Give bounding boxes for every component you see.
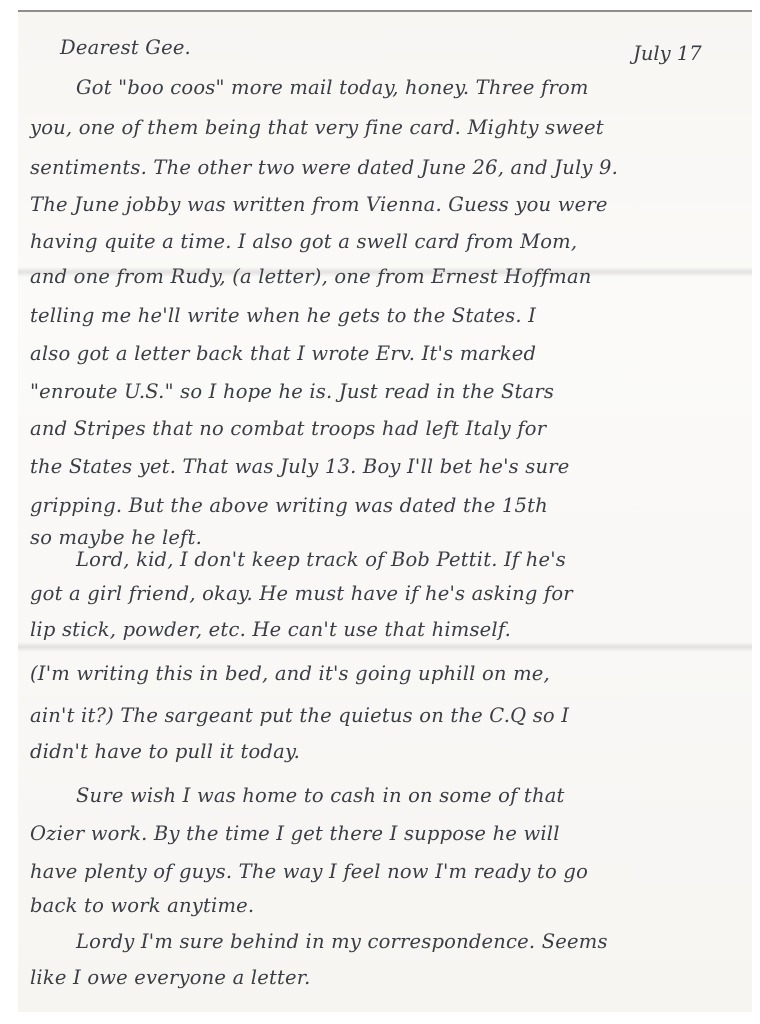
letter-line: and Stripes that no combat troops had le…: [30, 417, 546, 440]
letter-line: sentiments. The other two were dated Jun…: [30, 156, 618, 179]
letter-line: back to work anytime.: [30, 894, 254, 917]
letter-line: like I owe everyone a letter.: [30, 966, 311, 989]
letter-line: The June jobby was written from Vienna. …: [30, 193, 608, 216]
letter-line: didn't have to pull it today.: [30, 740, 300, 763]
letter-greeting: Dearest Gee.: [60, 36, 191, 59]
letter-line: got a girl friend, okay. He must have if…: [30, 582, 573, 605]
letter-line: Ozier work. By the time I get there I su…: [30, 822, 560, 845]
fold-crease: [18, 642, 752, 652]
letter-line: "enroute U.S." so I hope he is. Just rea…: [30, 380, 554, 403]
letter-line: gripping. But the above writing was date…: [30, 494, 548, 517]
letter-line: so maybe he left.: [30, 526, 202, 549]
letter-line: Got "boo coos" more mail today, honey. T…: [76, 76, 589, 99]
letter-line: also got a letter back that I wrote Erv.…: [30, 342, 536, 365]
letter-line: and one from Rudy, (a letter), one from …: [30, 265, 592, 288]
letter-line: have plenty of guys. The way I feel now …: [30, 860, 588, 883]
letter-date: July 17: [633, 42, 702, 65]
letter-line: ain't it?) The sargeant put the quietus …: [30, 704, 569, 727]
letter-line: the States yet. That was July 13. Boy I'…: [30, 455, 569, 478]
letter-line: lip stick, powder, etc. He can't use tha…: [30, 618, 511, 641]
letter-line: Lord, kid, I don't keep track of Bob Pet…: [76, 548, 566, 571]
letter-line: (I'm writing this in bed, and it's going…: [30, 662, 550, 685]
letter-line: telling me he'll write when he gets to t…: [30, 304, 536, 327]
letter-line: having quite a time. I also got a swell …: [30, 230, 577, 253]
letter-line: Sure wish I was home to cash in on some …: [76, 784, 565, 807]
letter-line: you, one of them being that very fine ca…: [30, 116, 604, 139]
letter-line: Lordy I'm sure behind in my corresponden…: [76, 930, 608, 953]
letter-page: Dearest Gee. July 17 Got "boo coos" more…: [18, 10, 752, 1012]
